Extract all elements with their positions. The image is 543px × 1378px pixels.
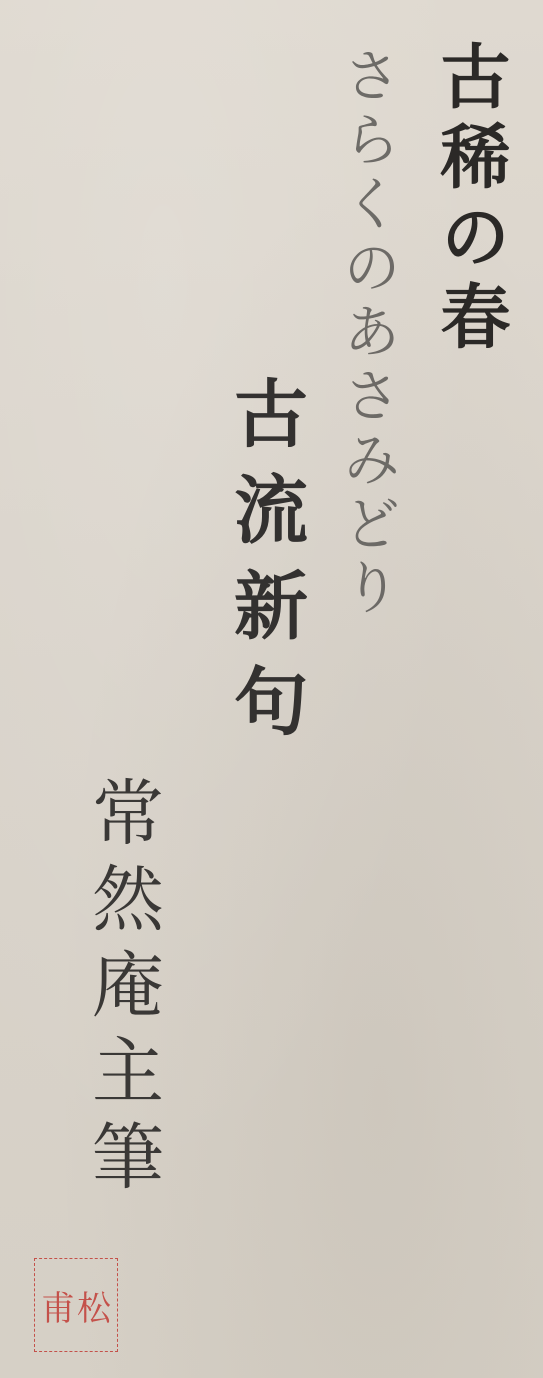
calligraphy-column-2: さらくのあさみどり — [325, 45, 409, 621]
calligraphy-column-1: 古稀の春 — [420, 40, 521, 360]
signature-column: 常然庵主筆 — [70, 775, 174, 1205]
seal-char-right: 松 — [77, 1281, 111, 1330]
calligraphy-column-3: 古流新句 — [212, 375, 318, 759]
red-seal-stamp: 松 甫 — [34, 1258, 118, 1352]
seal-char-left: 甫 — [41, 1281, 75, 1330]
